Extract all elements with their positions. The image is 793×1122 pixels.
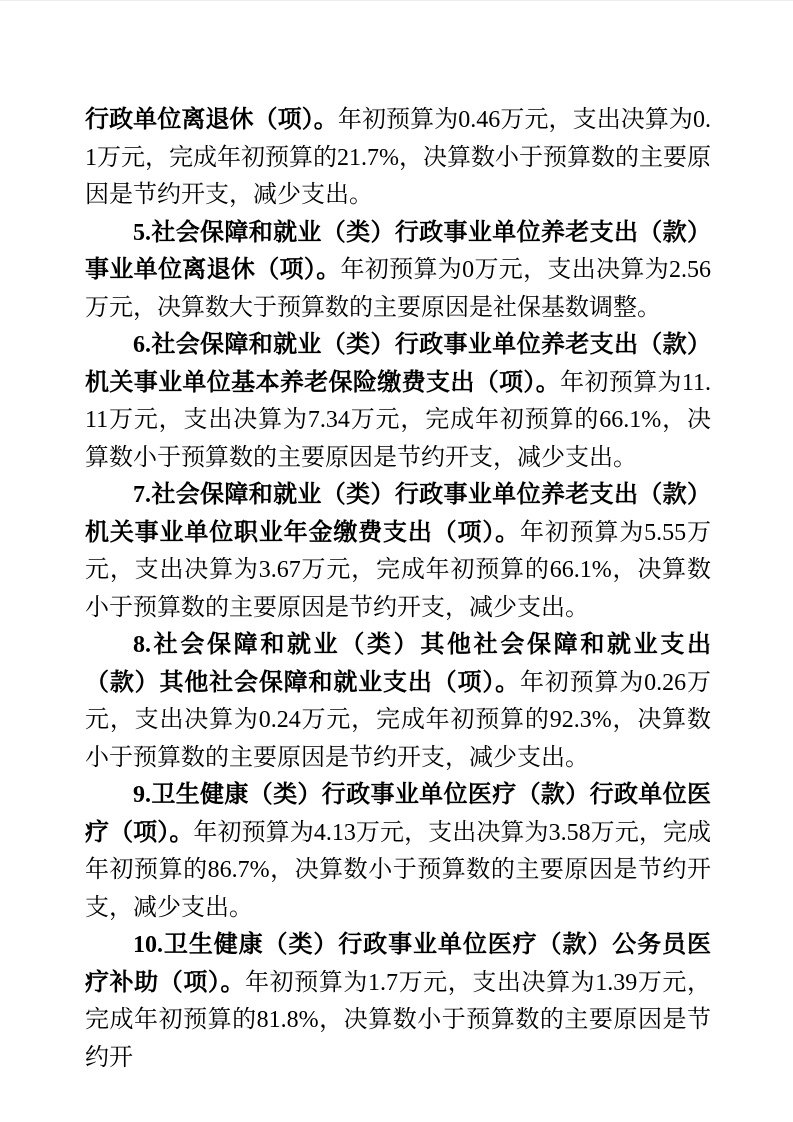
paragraph-item-9: 9.卫生健康（类）行政事业单位医疗（款）行政单位医疗（项）。年初预算为4.13万…: [85, 777, 711, 927]
paragraph-item-6: 6.社会保障和就业（类）行政事业单位养老支出（款）机关事业单位基本养老保险缴费支…: [85, 327, 711, 477]
document-text-block: 行政单位离退休（项）。年初预算为0.46万元，支出决算为0.1万元，完成年初预算…: [85, 102, 711, 1077]
paragraph-item-5: 5.社会保障和就业（类）行政事业单位养老支出（款）事业单位离退休（项）。年初预算…: [85, 215, 711, 328]
document-page: 行政单位离退休（项）。年初预算为0.46万元，支出决算为0.1万元，完成年初预算…: [0, 0, 793, 1122]
paragraph-heading: 行政单位离退休（项）。: [85, 107, 338, 133]
paragraph-item-4-continuation: 行政单位离退休（项）。年初预算为0.46万元，支出决算为0.1万元，完成年初预算…: [85, 102, 711, 215]
paragraph-item-7: 7.社会保障和就业（类）行政事业单位养老支出（款）机关事业单位职业年金缴费支出（…: [85, 477, 711, 627]
paragraph-item-10: 10.卫生健康（类）行政事业单位医疗（款）公务员医疗补助（项）。年初预算为1.7…: [85, 927, 711, 1077]
paragraph-item-8: 8.社会保障和就业（类）其他社会保障和就业支出（款）其他社会保障和就业支出（项）…: [85, 627, 711, 777]
